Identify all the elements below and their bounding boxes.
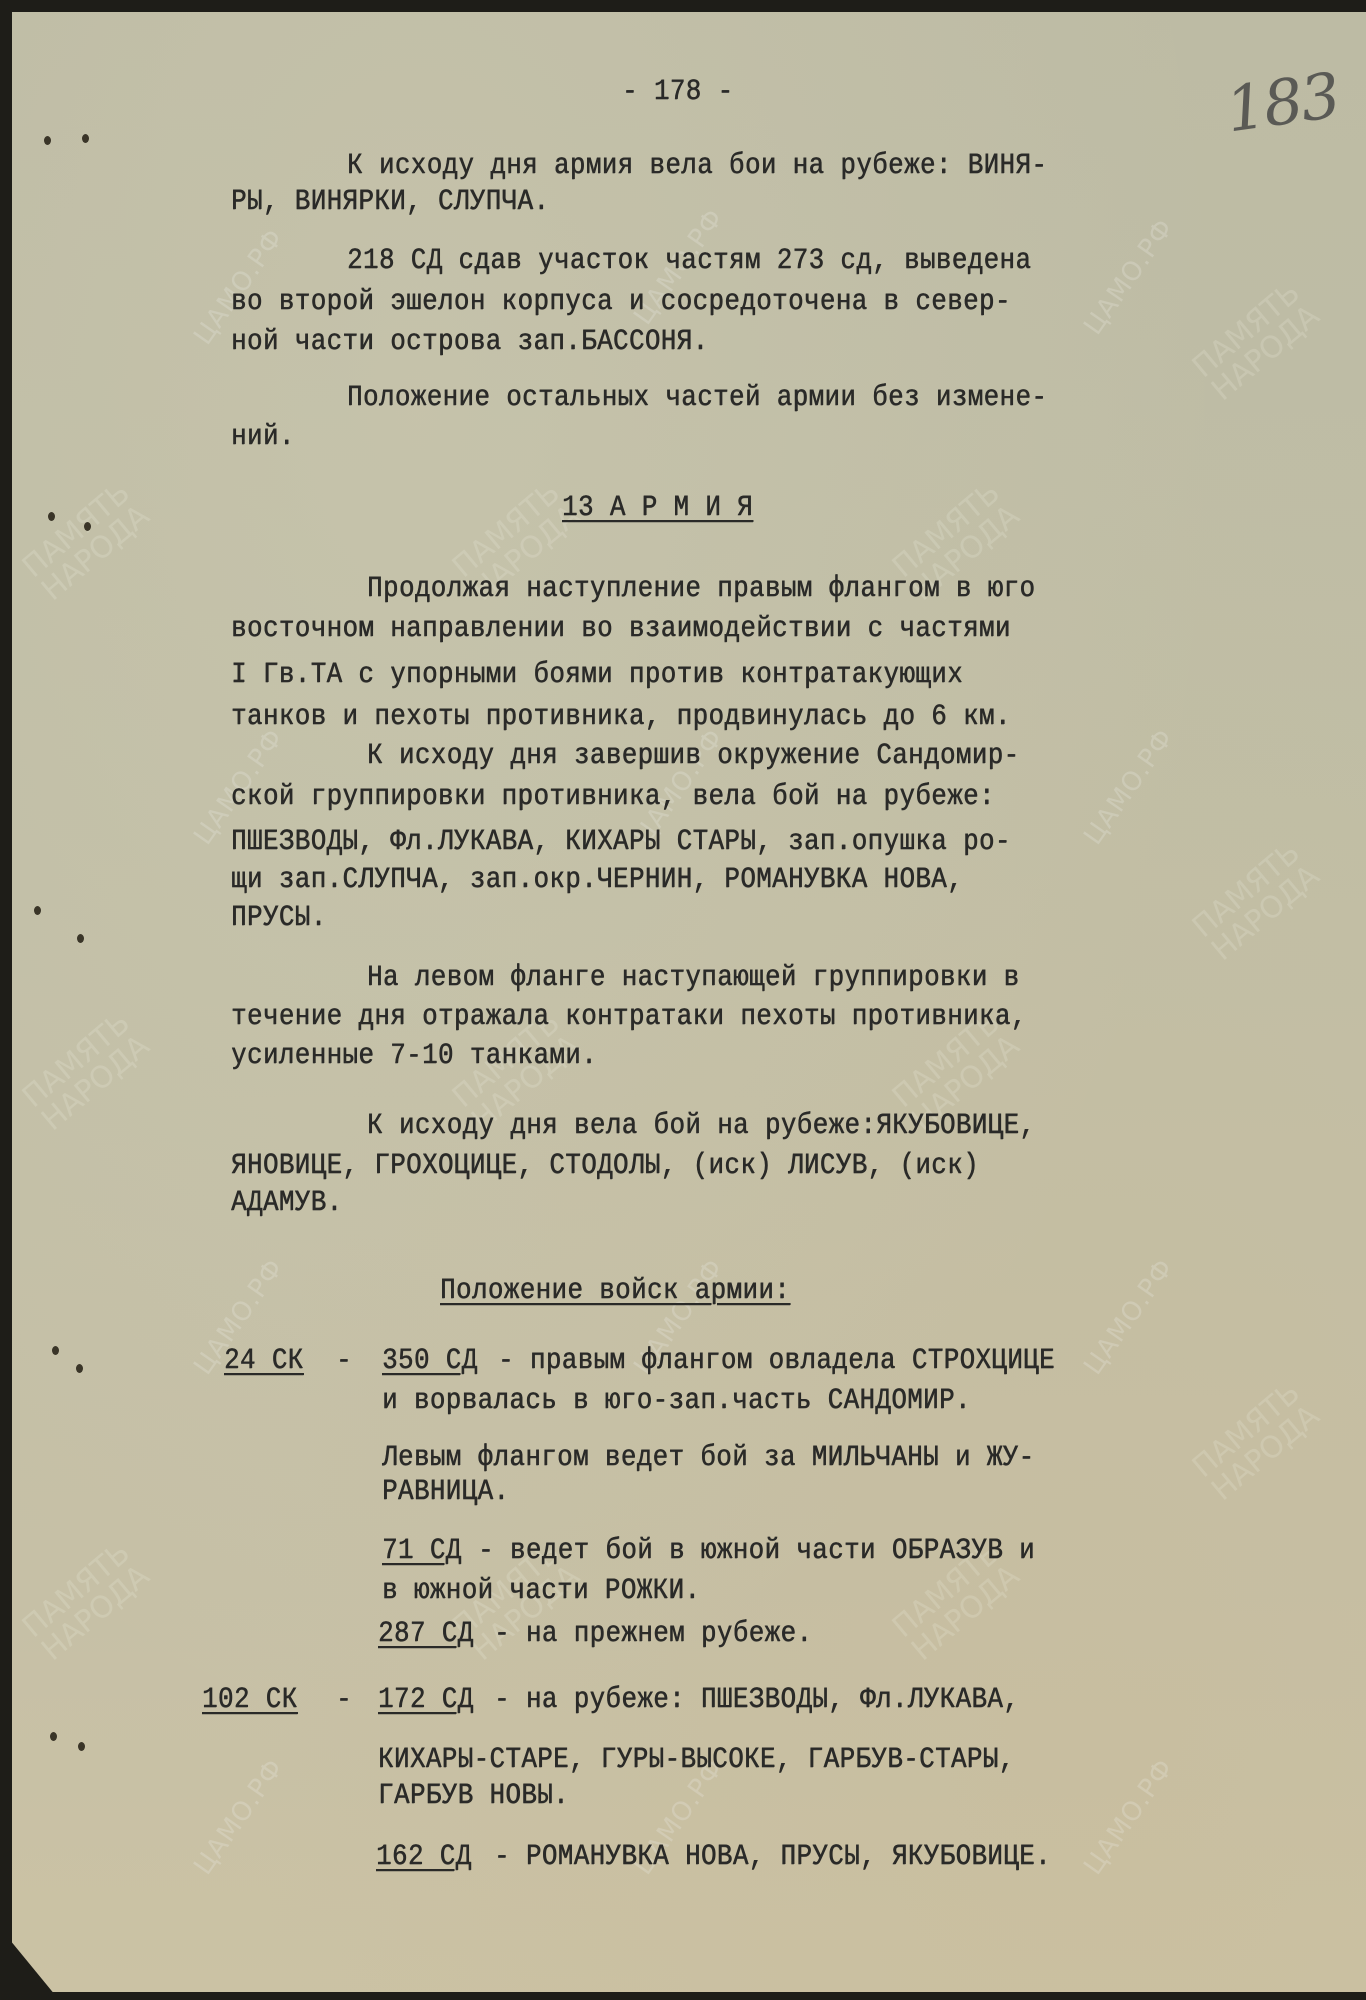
text-line: - правым флангом овладела СТРОХЦИЦЕ [498,1344,1055,1378]
text-line: течение дня отражала контратаки пехоты п… [231,1000,1027,1034]
watermark: ПАМЯТЬ НАРОДА [1188,278,1325,407]
text-line: АДАМУВ. [231,1186,342,1220]
watermark: ПАМЯТЬ НАРОДА [18,1008,155,1137]
punch-hole [52,1346,59,1355]
text-line: Положение остальных частей армии без изм… [347,381,1047,415]
punch-hole [84,522,91,531]
page-number: - 178 - [622,75,733,109]
division-label: 172 СД [378,1683,473,1717]
text-line: К исходу дня завершив окружение Сандомир… [367,739,1019,773]
dash: - [336,1344,352,1378]
text-line: усиленные 7-10 танками. [231,1039,597,1073]
division-label: 71 СД [382,1534,462,1568]
text-line: ной части острова зап.БАССОНЯ. [231,325,708,359]
text-line: - на рубеже: ПШЕЗВОДЫ, Фл.ЛУКАВА, [494,1683,1019,1717]
text-line: - ведет бой в южной части ОБРАЗУВ и [478,1534,1035,1568]
text-line: ЯНОВИЦЕ, ГРОХОЦИЦЕ, СТОДОЛЫ, (иск) ЛИСУВ… [231,1149,979,1183]
text-line: ГАРБУВ НОВЫ. [378,1779,569,1813]
watermark: ЦАМО.РФ [188,1753,290,1880]
division-label: 162 СД [376,1840,471,1874]
text-line: КИХАРЫ-СТАРЕ, ГУРЫ-ВЫСОКЕ, ГАРБУВ-СТАРЫ, [378,1743,1015,1777]
punch-hole [78,1742,85,1751]
watermark: ПАМЯТЬ НАРОДА [1188,1378,1325,1507]
punch-hole [50,1732,57,1741]
text-line: и ворвалась в юго-зап.часть САНДОМИР. [382,1384,971,1418]
text-line: ПШЕЗВОДЫ, Фл.ЛУКАВА, КИХАРЫ СТАРЫ, зап.о… [231,825,1011,859]
text-line: К исходу дня вела бой на рубеже:ЯКУБОВИЦ… [367,1109,1035,1143]
text-line: танков и пехоты противника, продвинулась… [231,700,1011,734]
punch-hole [76,1364,83,1373]
text-line: Левым флангом ведет бой за МИЛЬЧАНЫ и ЖУ… [382,1441,1034,1475]
text-line: Продолжая наступление правым флангом в ю… [367,572,1035,606]
corps-label: 102 СК [202,1683,297,1717]
text-line: РЫ, ВИНЯРКИ, СЛУПЧА. [231,185,549,219]
text-line: РАВНИЦА. [382,1475,509,1509]
punch-hole [77,934,84,943]
dash: - [336,1683,352,1717]
watermark: ЦАМО.РФ [1078,723,1180,850]
watermark: ЦАМО.РФ [1078,1753,1180,1880]
text-line: во второй эшелон корпуса и сосредоточена… [231,285,1011,319]
text-line: I Гв.ТА с упорными боями против контрата… [231,658,963,692]
division-label: 350 СД [382,1344,477,1378]
punch-hole [48,512,55,521]
text-line: восточном направлении во взаимодействии … [231,612,1011,646]
watermark: ПАМЯТЬ НАРОДА [1188,838,1325,967]
text-line: щи зап.СЛУПЧА, зап.окр.ЧЕРНИН, РОМАНУВКА… [231,863,963,897]
text-line: - РОМАНУВКА НОВА, ПРУСЫ, ЯКУБОВИЦЕ. [494,1840,1051,1874]
division-label: 287 СД [378,1617,473,1651]
text-line: К исходу дня армия вела бои на рубеже: В… [347,149,1047,183]
text-line: - на прежнем рубеже. [494,1617,812,1651]
section-heading: 13 А Р М И Я [562,491,753,525]
watermark: ЦАМО.РФ [1078,213,1180,340]
text-line: в южной части РОЖКИ. [382,1574,700,1608]
text-line: На левом фланге наступающей группировки … [367,961,1019,995]
watermark: ЦАМО.РФ [1078,1253,1180,1380]
watermark: ПАМЯТЬ НАРОДА [18,1538,155,1667]
punch-hole [44,136,51,145]
handwritten-folio-number: 183 [1221,59,1342,147]
positions-heading: Положение войск армии: [440,1274,790,1308]
text-line: ний. [231,420,295,454]
punch-hole [34,906,41,915]
punch-hole [82,134,89,143]
text-line: ПРУСЫ. [231,901,326,935]
text-line: 218 СД сдав участок частям 273 сд, вывед… [347,244,1031,278]
corps-label: 24 СК [224,1344,304,1378]
text-line: ской группировки противника, вела бой на… [231,780,995,814]
watermark: ПАМЯТЬ НАРОДА [18,478,155,607]
